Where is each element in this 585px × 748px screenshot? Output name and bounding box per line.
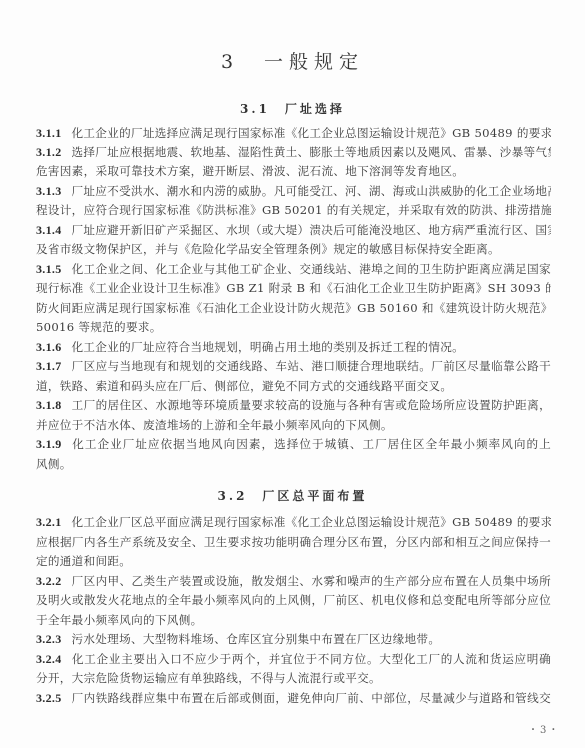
- clause-text: 化工企业之间、化工企业与其他工矿企业、交通线站、港埠之间的卫生防护距离应满足国家: [72, 262, 552, 276]
- section-title-3-2: 3.2 厂区总平面布置: [0, 487, 585, 504]
- clause-text: 现行标准《工业企业设计卫生标准》GB Z1 附录 B 和《石油化工企业卫生防护距…: [36, 281, 551, 295]
- clause-text: 风侧。: [36, 457, 72, 471]
- clause-number: 3.1.6: [36, 340, 62, 354]
- clause-number: 3.1.5: [36, 262, 62, 276]
- clause-text: 污水处理场、大型物料堆场、仓库区宜分别集中布置在厂区边缘地带。: [72, 632, 441, 646]
- clause-number: 3.2.4: [36, 652, 62, 666]
- clause-text: 厂内铁路线群应集中布置在后部或侧面，避免伸向厂前、中部位，尽量减少与道路和管线交: [72, 691, 552, 705]
- clause-line: 3.1.6化工企业的厂址应符合当地规划，明确占用土地的类别及拆迁工程的情况。: [36, 340, 551, 355]
- clause-text: 及明火或散发火花地点的全年最小频率风向的上风侧，厂前区、机电仪修和总变配电所等部…: [36, 593, 551, 607]
- clause-line: 危害因素，采取可靠技术方案，避开断层、滑波、泥石流、地下溶洞等发育地区。: [36, 164, 551, 179]
- section-title-3-1: 3.1 厂址选择: [0, 100, 585, 117]
- clause-line: 3.1.7厂区应与当地现有和规划的交通线路、车站、港口顺捷合理地联结。厂前区尽量…: [36, 359, 551, 374]
- clause-text: 程设计，应符合现行国家标准《防洪标准》GB 50201 的有关规定，并采取有效的…: [36, 203, 551, 217]
- clause-line: 3.1.5化工企业之间、化工企业与其他工矿企业、交通线站、港埠之间的卫生防护距离…: [36, 262, 551, 277]
- chapter-title: 3 一般规定: [0, 47, 585, 74]
- document-page: 3 一般规定 3.1 厂址选择 3.1.1化工企业的厂址选择应满足现行国家标准《…: [0, 0, 585, 748]
- clause-line: 道，铁路、索道和码头应在厂后、侧部位，避免不同方式的交通线路平面交叉。: [36, 379, 551, 394]
- clause-text: 化工企业厂址应依据当地风向因素，选择位于城镇、工厂居住区全年最小频率风向的上: [72, 437, 552, 451]
- clause-line: 风侧。: [36, 457, 551, 472]
- clause-text: 化工企业的厂址应符合当地规划，明确占用土地的类别及拆迁工程的情况。: [72, 340, 465, 354]
- clause-line: 3.1.3厂址应不受洪水、潮水和内涝的威胁。凡可能受江、河、湖、海或山洪威胁的化…: [36, 184, 551, 199]
- clause-number: 3.1.3: [36, 184, 62, 198]
- clause-line: 3.1.1化工企业的厂址选择应满足现行国家标准《化工企业总图运输设计规范》GB …: [36, 126, 551, 141]
- clause-text: 厂址应不受洪水、潮水和内涝的威胁。凡可能受江、河、湖、海或山洪威胁的化工企业场地…: [72, 184, 552, 198]
- clause-line: 3.1.9化工企业厂址应依据当地风向因素，选择位于城镇、工厂居住区全年最小频率风…: [36, 437, 551, 452]
- clause-line: 50016 等规范的要求。: [36, 320, 551, 335]
- clause-line: 3.1.8工厂的居住区、水源地等环境质量要求较高的设施与各种有害或危险场所应设置…: [36, 398, 551, 413]
- clause-line: 3.2.2厂区内甲、乙类生产装置或设施，散发烟尘、水雾和噪声的生产部分应布置在人…: [36, 574, 551, 589]
- clause-text: 化工企业的厂址选择应满足现行国家标准《化工企业总图运输设计规范》GB 50489…: [72, 126, 552, 140]
- clause-line: 3.1.4厂址应避开新旧矿产采掘区、水坝（或大堤）溃决后可能淹没地区、地方病严重…: [36, 223, 551, 238]
- clause-line: 于全年最小频率风向的下风侧。: [36, 613, 551, 628]
- clause-line: 定的通道和间距。: [36, 554, 551, 569]
- clause-line: 防火间距应满足现行国家标准《石油化工企业设计防火规范》GB 50160 和《建筑…: [36, 301, 551, 316]
- clause-text: 及省市级文物保护区，并与《危险化学品安全管理条例》规定的敏感目标保持安全距离。: [36, 242, 500, 256]
- page-number: ・3・: [528, 721, 560, 736]
- clause-text: 工厂的居住区、水源地等环境质量要求较高的设施与各种有害或危险场所应设置防护距离，: [72, 398, 552, 412]
- clause-text: 选择厂址应根据地震、软地基、湿陷性黄土、膨胀土等地质因素以及飓风、雷暴、沙暴等气…: [72, 145, 552, 159]
- clause-text: 危害因素，采取可靠技术方案，避开断层、滑波、泥石流、地下溶洞等发育地区。: [36, 164, 464, 178]
- clause-text: 50016 等规范的要求。: [36, 320, 162, 334]
- clause-line: 并应位于不洁水体、废渣堆场的上游和全年最小频率风向的下风侧。: [36, 418, 551, 433]
- clause-number: 3.2.5: [36, 691, 62, 705]
- clause-text: 防火间距应满足现行国家标准《石油化工企业设计防火规范》GB 50160 和《建筑…: [36, 301, 551, 315]
- clause-line: 应根据厂内各生产系统及安全、卫生要求按功能明确合理分区布置，分区内部和相互之间应…: [36, 535, 551, 550]
- clause-text: 化工企业主要出入口不应少于两个，并宜位于不同方位。大型化工厂的人流和货运应明确: [72, 652, 552, 666]
- clause-line: 及省市级文物保护区，并与《危险化学品安全管理条例》规定的敏感目标保持安全距离。: [36, 242, 551, 257]
- clause-number: 3.1.4: [36, 223, 62, 237]
- clause-text: 于全年最小频率风向的下风侧。: [36, 613, 203, 627]
- clause-number: 3.2.2: [36, 574, 62, 588]
- clause-text: 定的通道和间距。: [36, 554, 131, 568]
- clause-text: 厂区应与当地现有和规划的交通线路、车站、港口顺捷合理地联结。厂前区尽量临靠公路干: [72, 359, 552, 373]
- clause-text: 分开，大宗危险货物运输应有单独路线，不得与人流混行或平交。: [36, 671, 381, 685]
- clause-line: 程设计，应符合现行国家标准《防洪标准》GB 50201 的有关规定，并采取有效的…: [36, 203, 551, 218]
- clause-number: 3.2.1: [36, 515, 62, 529]
- clause-line: 现行标准《工业企业设计卫生标准》GB Z1 附录 B 和《石油化工企业卫生防护距…: [36, 281, 551, 296]
- clause-line: 3.1.2选择厂址应根据地震、软地基、湿陷性黄土、膨胀土等地质因素以及飓风、雷暴…: [36, 145, 551, 160]
- clause-text: 化工企业厂区总平面应满足现行国家标准《化工企业总图运输设计规范》GB 50489…: [72, 515, 552, 529]
- clause-text: 厂址应避开新旧矿产采掘区、水坝（或大堤）溃决后可能淹没地区、地方病严重流行区、国…: [72, 223, 552, 237]
- clause-text: 道，铁路、索道和码头应在厂后、侧部位，避免不同方式的交通线路平面交叉。: [36, 379, 452, 393]
- clause-line: 3.2.4化工企业主要出入口不应少于两个，并宜位于不同方位。大型化工厂的人流和货…: [36, 652, 551, 667]
- clause-text: 厂区内甲、乙类生产装置或设施，散发烟尘、水雾和噪声的生产部分应布置在人员集中场所: [72, 574, 552, 588]
- clause-number: 3.2.3: [36, 632, 62, 646]
- clause-line: 3.2.3污水处理场、大型物料堆场、仓库区宜分别集中布置在厂区边缘地带。: [36, 632, 551, 647]
- clause-line: 3.2.1化工企业厂区总平面应满足现行国家标准《化工企业总图运输设计规范》GB …: [36, 515, 551, 530]
- clause-number: 3.1.2: [36, 145, 62, 159]
- clause-line: 3.2.5厂内铁路线群应集中布置在后部或侧面，避免伸向厂前、中部位，尽量减少与道…: [36, 691, 551, 706]
- clause-line: 分开，大宗危险货物运输应有单独路线，不得与人流混行或平交。: [36, 671, 551, 686]
- clause-line: 及明火或散发火花地点的全年最小频率风向的上风侧，厂前区、机电仪修和总变配电所等部…: [36, 593, 551, 608]
- clause-text: 并应位于不洁水体、废渣堆场的上游和全年最小频率风向的下风侧。: [36, 418, 393, 432]
- clause-number: 3.1.7: [36, 359, 62, 373]
- clause-text: 应根据厂内各生产系统及安全、卫生要求按功能明确合理分区布置，分区内部和相互之间应…: [36, 535, 551, 549]
- clause-number: 3.1.1: [36, 126, 62, 140]
- clause-number: 3.1.9: [36, 437, 62, 451]
- clause-number: 3.1.8: [36, 398, 62, 412]
